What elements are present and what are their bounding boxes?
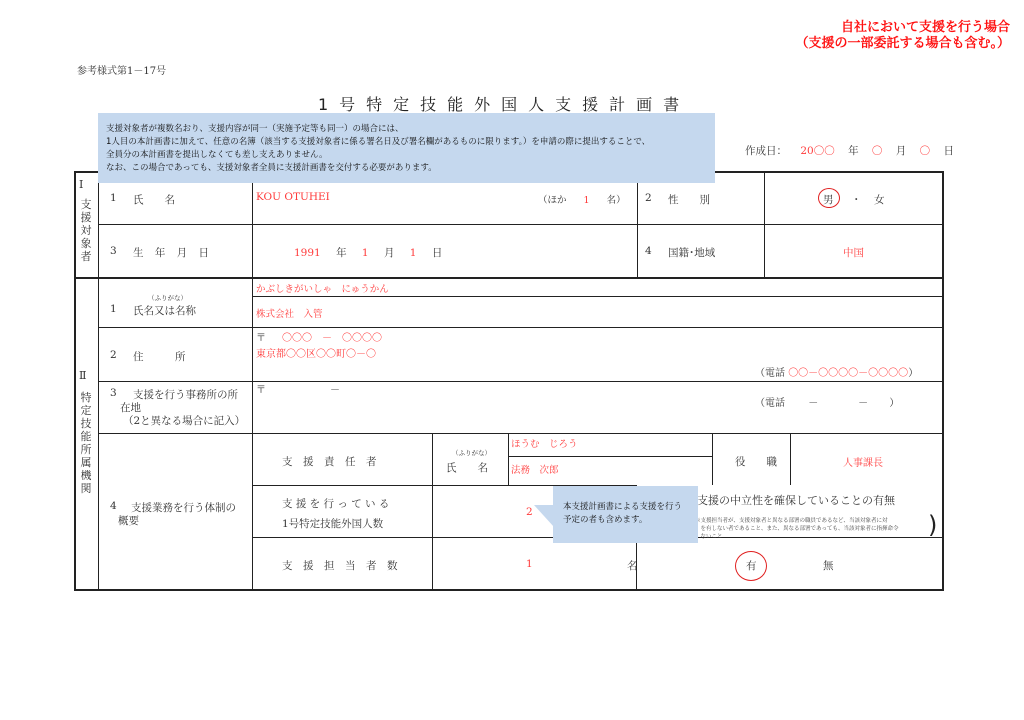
table-border bbox=[252, 171, 253, 277]
address-label-num: 2 bbox=[110, 349, 117, 361]
others-suffix: 名） bbox=[607, 195, 626, 206]
table-border bbox=[98, 433, 944, 434]
neutrality-note-line: を有しない者であること、また、異なる部署であっても、当該対象者に指揮命令 bbox=[695, 525, 898, 533]
callout-line: なお、この場合であっても、支援対象者全員に支援計画書を交付する必要があります。 bbox=[106, 162, 715, 175]
callout-line: 予定の者も含めます。 bbox=[563, 514, 698, 527]
table-border bbox=[252, 278, 253, 590]
table-border bbox=[508, 456, 712, 457]
nationality-field[interactable]: 中国 bbox=[843, 245, 864, 260]
address-postal-field[interactable]: 〇〇〇 － 〇〇〇〇 bbox=[282, 329, 382, 344]
callout-line: 1人目の本計画書に加えて、任意の名簿（該当する支援対象者に係る署名日及び署名欄が… bbox=[106, 136, 715, 149]
table-border bbox=[98, 327, 944, 328]
callout-line: 支援対象者が複数名おり、支援内容が同一（実施予定等も同一）の場合には、 bbox=[106, 123, 715, 136]
phone-label: （電話 bbox=[755, 368, 785, 379]
table-border bbox=[252, 296, 944, 297]
notice-line-1: 自社において支援を行う場合 bbox=[795, 20, 1010, 36]
office-phone: （電話 － － ） bbox=[755, 394, 899, 409]
section-divider bbox=[74, 277, 944, 279]
address-label: 住 所 bbox=[133, 349, 203, 364]
callout-tail bbox=[534, 505, 554, 527]
month-unit: 月 bbox=[896, 145, 907, 157]
neutrality-note-line: ないこと bbox=[695, 533, 723, 541]
table-border bbox=[74, 589, 944, 591]
day-unit: 日 bbox=[943, 145, 954, 157]
created-year[interactable]: 20〇〇 bbox=[800, 145, 834, 157]
callout-multiple-targets: 支援対象者が複数名おり、支援内容が同一（実施予定等も同一）の場合には、 1人目の… bbox=[98, 113, 715, 183]
address-phone: （電話 〇〇－〇〇〇〇－〇〇〇〇） bbox=[755, 364, 918, 379]
office-phone-field[interactable]: － － bbox=[808, 398, 868, 409]
year-unit: 年 bbox=[848, 145, 859, 157]
notice-line-2: （支援の一部委託する場合も含む。） bbox=[795, 36, 1010, 52]
office-label-num: 3 bbox=[110, 387, 117, 399]
address-field[interactable]: 東京都〇〇区〇〇町〇－〇 bbox=[256, 345, 376, 360]
office-label-line3: （2と異なる場合に記入） bbox=[123, 413, 245, 428]
office-label-line1: 支援を行う事務所の所 bbox=[133, 387, 238, 402]
dob-day[interactable]: 1 bbox=[410, 247, 417, 259]
created-date: 作成日： 20〇〇 年 〇 月 〇 日 bbox=[745, 143, 964, 158]
address-postal-mark: 〒 bbox=[256, 329, 266, 344]
dob-field[interactable]: 1991 年 1 月 1 日 bbox=[294, 245, 454, 260]
supported-count-field[interactable]: 2 bbox=[526, 506, 533, 518]
gender-label-num: 2 bbox=[645, 192, 652, 204]
name-label-num: 1 bbox=[110, 192, 117, 204]
office-postal-field[interactable]: － bbox=[330, 381, 340, 396]
dob-day-unit: 日 bbox=[432, 247, 443, 259]
neutrality-selected-circle bbox=[735, 551, 767, 581]
name-field[interactable]: KOU OTUHEI bbox=[256, 191, 330, 203]
callout-line: 全員分の本計画書を提出しなくても差し支えありません。 bbox=[106, 149, 715, 162]
office-postal-mark: 〒 bbox=[256, 381, 266, 396]
table-border bbox=[790, 433, 791, 485]
address-phone-field[interactable]: 〇〇－〇〇〇〇－〇〇〇〇 bbox=[788, 368, 908, 379]
phone-close: ） bbox=[889, 398, 899, 409]
callout-supported-count: 本支援計画書による支援を行う 予定の者も含めます。 bbox=[553, 486, 698, 543]
created-month[interactable]: 〇 bbox=[872, 145, 883, 157]
gender-label: 性 別 bbox=[668, 192, 710, 207]
dob-label-num: 3 bbox=[110, 245, 117, 257]
system-label-num: 4 bbox=[110, 500, 117, 512]
manager-label: 支 援 責 任 者 bbox=[282, 454, 377, 469]
supported-count-label-line1: 支 援 を 行 っ て い る bbox=[282, 496, 389, 511]
table-border bbox=[98, 224, 944, 225]
dob-year-unit: 年 bbox=[336, 247, 347, 259]
table-border bbox=[712, 433, 713, 485]
table-border bbox=[508, 433, 509, 485]
table-border bbox=[98, 381, 944, 382]
org-furigana-field[interactable]: かぶしきがいしゃ にゅうかん bbox=[256, 281, 389, 295]
system-label-line2: 概要 bbox=[118, 513, 139, 528]
nationality-label: 国籍･地域 bbox=[668, 245, 715, 260]
position-label: 役 職 bbox=[735, 454, 777, 469]
created-day[interactable]: 〇 bbox=[920, 145, 931, 157]
table-border bbox=[764, 171, 765, 277]
dob-year[interactable]: 1991 bbox=[294, 247, 321, 259]
others-count: （ほか 1 名） bbox=[538, 192, 626, 206]
gender-selected-circle bbox=[818, 188, 840, 208]
neutrality-option-no[interactable]: 無 bbox=[823, 558, 834, 573]
dob-month-unit: 月 bbox=[384, 247, 395, 259]
org-name-label-num: 1 bbox=[110, 303, 117, 315]
neutrality-note-line: ※支援担当者が、支援対象者と異なる部署の職員であるなど、当該対象者に対 bbox=[695, 517, 888, 525]
section1-number: Ⅰ bbox=[79, 178, 83, 191]
neutrality-label: 支援の中立性を確保していることの有無 bbox=[697, 492, 895, 508]
staff-count-field[interactable]: 1 bbox=[526, 558, 533, 570]
gender-separator: ・ bbox=[851, 192, 862, 207]
name-label: 氏 名 bbox=[133, 192, 201, 207]
form-number: 参考様式第1－17号 bbox=[77, 62, 166, 77]
table-border bbox=[637, 171, 638, 277]
gender-option-female[interactable]: 女 bbox=[874, 192, 885, 207]
table-border bbox=[432, 433, 433, 590]
staff-count-label: 支 援 担 当 者 数 bbox=[282, 558, 398, 573]
others-prefix: （ほか bbox=[538, 195, 567, 206]
supported-count-label-line2: 1号特定技能外国人数 bbox=[282, 516, 383, 531]
org-name-field[interactable]: 株式会社 入管 bbox=[256, 306, 323, 320]
staff-count-unit: 名 bbox=[627, 558, 638, 573]
manager-name-label: 氏 名 bbox=[446, 460, 488, 475]
page-title: 1号特定技能外国人支援計画書 bbox=[318, 92, 690, 115]
created-date-label: 作成日： bbox=[745, 145, 787, 157]
dob-label: 生 年 月 日 bbox=[133, 245, 213, 260]
self-support-notice: 自社において支援を行う場合 （支援の一部委託する場合も含む。） bbox=[795, 20, 1010, 52]
manager-furigana-field[interactable]: ほうむ じろう bbox=[511, 436, 578, 450]
section2-heading: 特定技能所属機関 bbox=[79, 391, 93, 495]
section1-heading: 支援対象者 bbox=[79, 198, 93, 263]
callout-line: 本支援計画書による支援を行う bbox=[563, 501, 698, 514]
system-label-line1: 支援業務を行う体制の bbox=[131, 500, 236, 515]
section2-number: Ⅱ bbox=[79, 369, 86, 382]
others-count-field[interactable]: 1 bbox=[584, 195, 590, 206]
table-border bbox=[74, 171, 76, 591]
manager-name-field[interactable]: 法務 次郎 bbox=[511, 462, 559, 476]
furigana-hint: （ふりがな） bbox=[148, 293, 187, 302]
phone-close: ） bbox=[908, 368, 918, 379]
manager-furigana-hint: （ふりがな） bbox=[452, 448, 491, 457]
position-field[interactable]: 人事課長 bbox=[843, 454, 883, 469]
right-bracket: ) bbox=[928, 511, 937, 539]
org-name-label: 氏名又は名称 bbox=[133, 303, 196, 318]
phone-label: （電話 bbox=[755, 398, 785, 409]
dob-month[interactable]: 1 bbox=[362, 247, 369, 259]
nationality-label-num: 4 bbox=[645, 245, 652, 257]
